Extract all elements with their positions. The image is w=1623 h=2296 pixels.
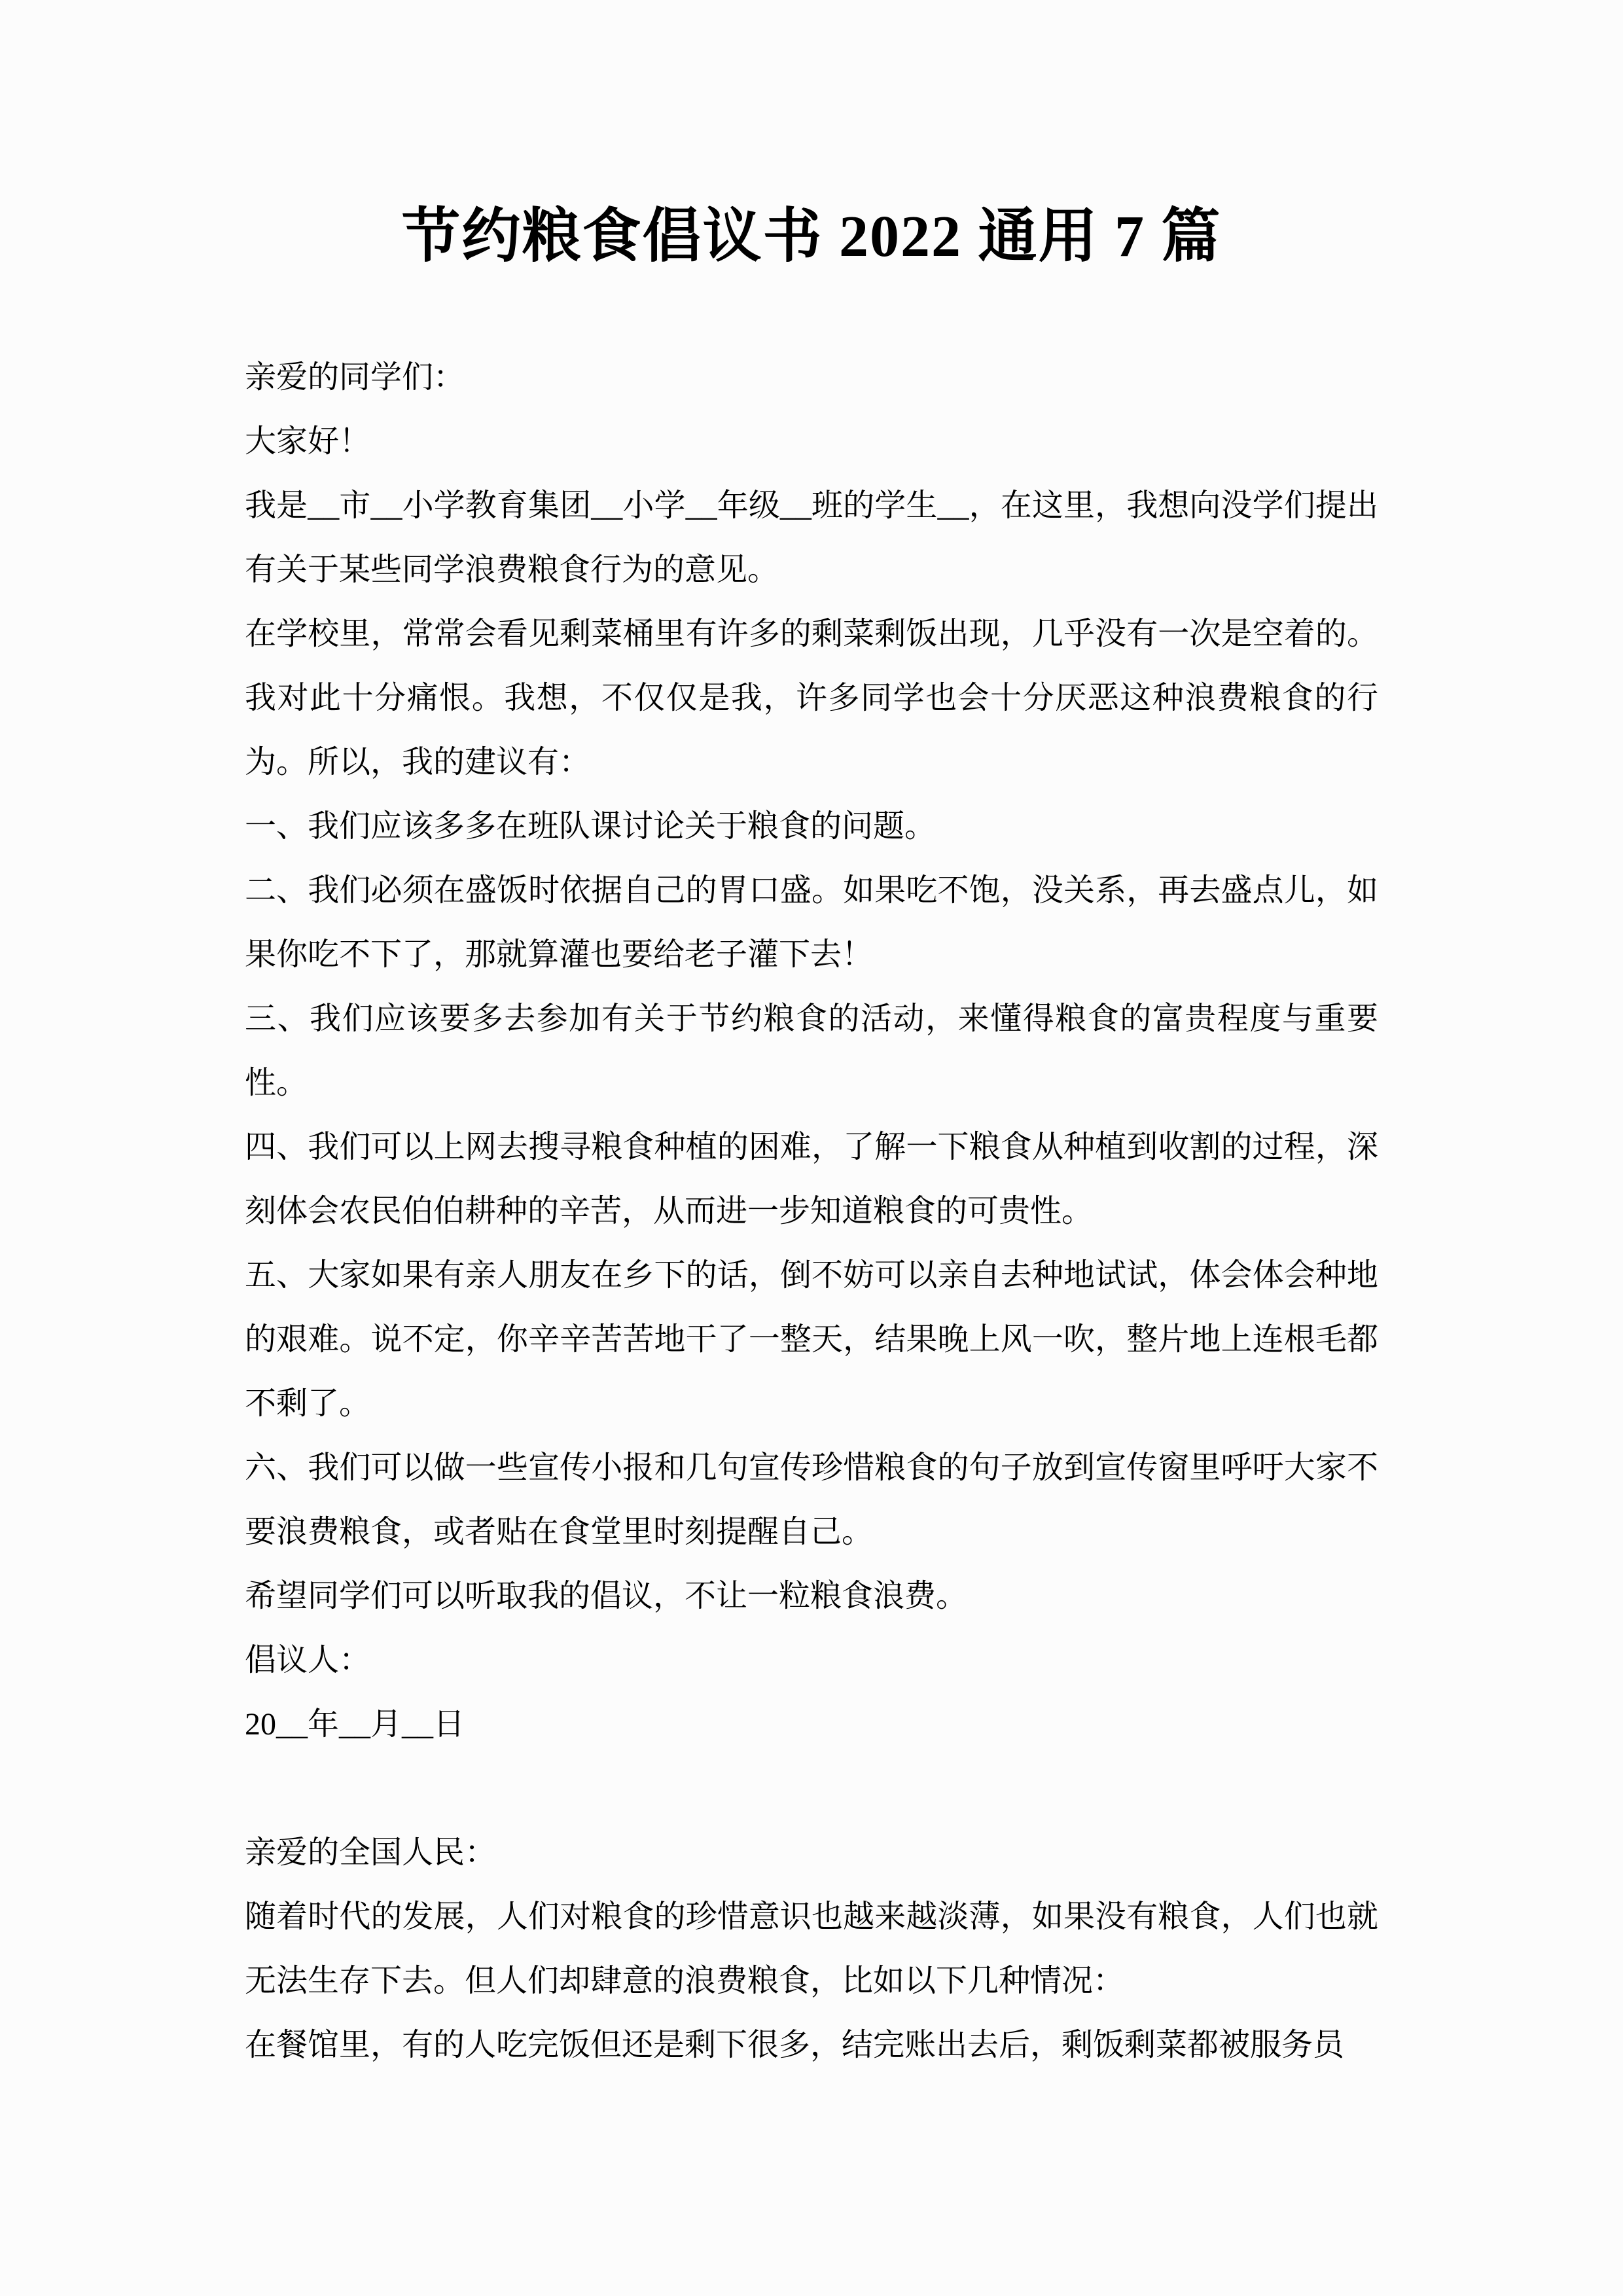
paragraph: 在餐馆里，有的人吃完饭但还是剩下很多，结完账出去后，剩饭剩菜都被服务员 (245, 2013, 1378, 2077)
paragraph: 二、我们必须在盛饭时依据自己的胃口盛。如果吃不饱，没关系，再去盛点儿，如果你吃不… (245, 859, 1378, 987)
paragraph: 亲爱的全国人民： (245, 1821, 1378, 1885)
paragraph: 我是__市__小学教育集团__小学__年级__班的学生__，在这里，我想向没学们… (245, 474, 1378, 602)
paragraph: 希望同学们可以听取我的倡议，不让一粒粮食浪费。 (245, 1564, 1378, 1628)
paragraph: 三、我们应该要多去参加有关于节约粮食的活动，来懂得粮食的富贵程度与重要性。 (245, 987, 1378, 1115)
paragraph: 大家好！ (245, 410, 1378, 474)
document-body: 亲爱的同学们：大家好！我是__市__小学教育集团__小学__年级__班的学生__… (245, 346, 1378, 2077)
paragraph: 亲爱的同学们： (245, 346, 1378, 410)
paragraph: 六、我们可以做一些宣传小报和几句宣传珍惜粮食的句子放到宣传窗里呼吁大家不要浪费粮… (245, 1436, 1378, 1564)
paragraph: 随着时代的发展，人们对粮食的珍惜意识也越来越淡薄，如果没有粮食，人们也就无法生存… (245, 1885, 1378, 2013)
paragraph: 倡议人： (245, 1628, 1378, 1693)
paragraph: 一、我们应该多多在班队课讨论关于粮食的问题。 (245, 795, 1378, 859)
paragraph: 在学校里，常常会看见剩菜桶里有许多的剩菜剩饭出现，几乎没有一次是空着的。我对此十… (245, 602, 1378, 795)
paragraph: 20__年__月__日 (245, 1693, 1378, 1757)
document-title: 节约粮食倡议书 2022 通用 7 篇 (0, 204, 1623, 270)
paragraph (245, 1757, 1378, 1821)
paragraph: 五、大家如果有亲人朋友在乡下的话，倒不妨可以亲自去种地试试，体会体会种地的艰难。… (245, 1244, 1378, 1436)
paragraph: 四、我们可以上网去搜寻粮食种植的困难，了解一下粮食从种植到收割的过程，深刻体会农… (245, 1115, 1378, 1244)
document-page: 节约粮食倡议书 2022 通用 7 篇 亲爱的同学们：大家好！我是__市__小学… (0, 0, 1623, 2296)
